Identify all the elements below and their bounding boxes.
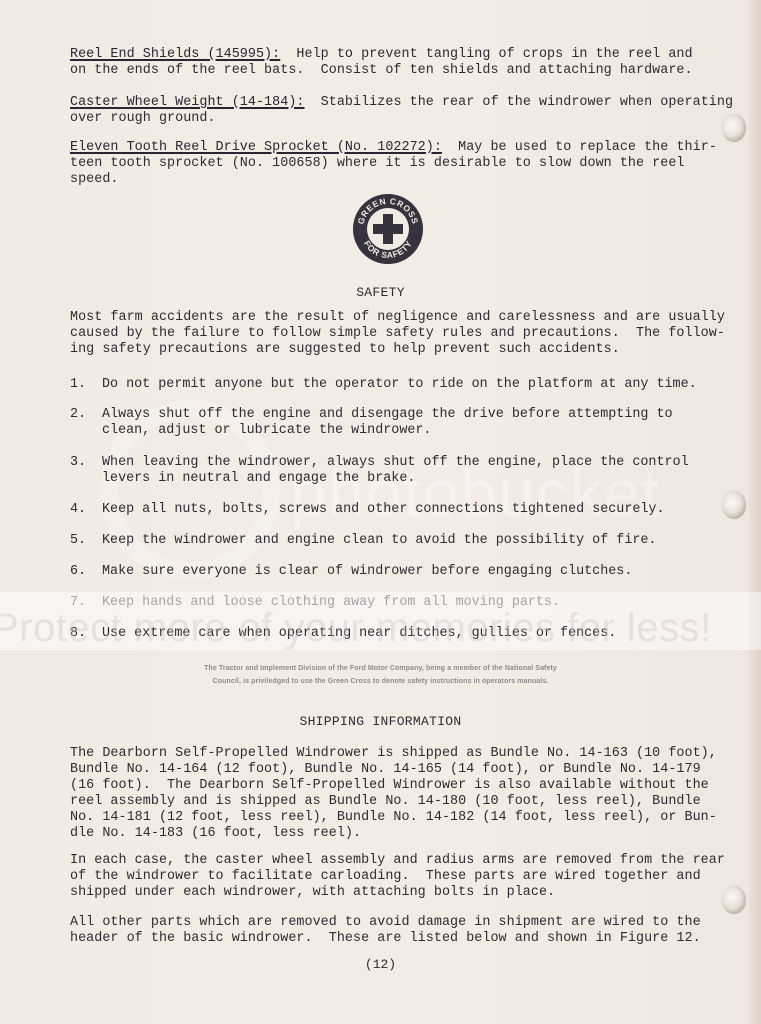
shipping-paragraph-bundles: The Dearborn Self-Propelled Windrower is…: [70, 746, 710, 842]
accessory-title: Caster Wheel Weight (14-184):: [70, 95, 305, 110]
safety-rule: 3.When leaving the windrower, always shu…: [70, 455, 710, 487]
rule-number: 1.: [70, 377, 102, 393]
accessory-title: Eleven Tooth Reel Drive Sprocket (No. 10…: [70, 140, 442, 155]
manual-page: photobucket Reel End Shields (145995): H…: [0, 0, 761, 1024]
binder-hole-bottom: [722, 886, 746, 914]
safety-rule: 2.Always shut off the engine and disenga…: [70, 407, 710, 439]
safety-rule: 5.Keep the windrower and engine clean to…: [70, 533, 710, 549]
safety-rule: 6.Make sure everyone is clear of windrow…: [70, 564, 710, 580]
safety-rule: 4.Keep all nuts, bolts, screws and other…: [70, 502, 710, 518]
rule-number: 4.: [70, 502, 102, 518]
accessory-reel-drive-sprocket: Eleven Tooth Reel Drive Sprocket (No. 10…: [70, 140, 710, 188]
rule-number: 3.: [70, 455, 102, 471]
accessory-caster-wheel-weight: Caster Wheel Weight (14-184): Stabilizes…: [70, 95, 710, 127]
shipping-heading: SHIPPING INFORMATION: [0, 714, 761, 729]
rule-number: 5.: [70, 533, 102, 549]
watermark-tagline: Protect more of your memories for less!: [0, 606, 761, 651]
accessory-reel-end-shields: Reel End Shields (145995): Help to preve…: [70, 47, 710, 79]
rule-number: 2.: [70, 407, 102, 423]
safety-intro: Most farm accidents are the result of ne…: [70, 310, 710, 358]
rule-text: When leaving the windrower, always shut …: [102, 455, 689, 487]
shipping-paragraph-caster: In each case, the caster wheel assembly …: [70, 853, 710, 901]
rule-number: 6.: [70, 564, 102, 580]
rule-text: Make sure everyone is clear of windrower…: [102, 564, 632, 580]
binder-hole-top: [722, 114, 746, 142]
rule-text: Keep the windrower and engine clean to a…: [102, 533, 656, 549]
binder-hole-middle: [722, 491, 746, 519]
rule-text: Do not permit anyone but the operator to…: [102, 377, 697, 393]
page-number: (12): [0, 957, 761, 972]
rule-text: Always shut off the engine and disengage…: [102, 407, 673, 439]
accessory-title: Reel End Shields (145995):: [70, 47, 280, 62]
safety-footnote: The Tractor and Implement Division of th…: [0, 662, 761, 688]
shipping-paragraph-other-parts: All other parts which are removed to avo…: [70, 915, 710, 947]
safety-rule: 1.Do not permit anyone but the operator …: [70, 377, 710, 393]
safety-heading: SAFETY: [0, 285, 761, 300]
green-cross-safety-emblem-icon: GREEN CROSS FOR SAFETY: [352, 193, 424, 265]
rule-text: Keep all nuts, bolts, screws and other c…: [102, 502, 665, 518]
page-edge: [749, 0, 761, 1024]
